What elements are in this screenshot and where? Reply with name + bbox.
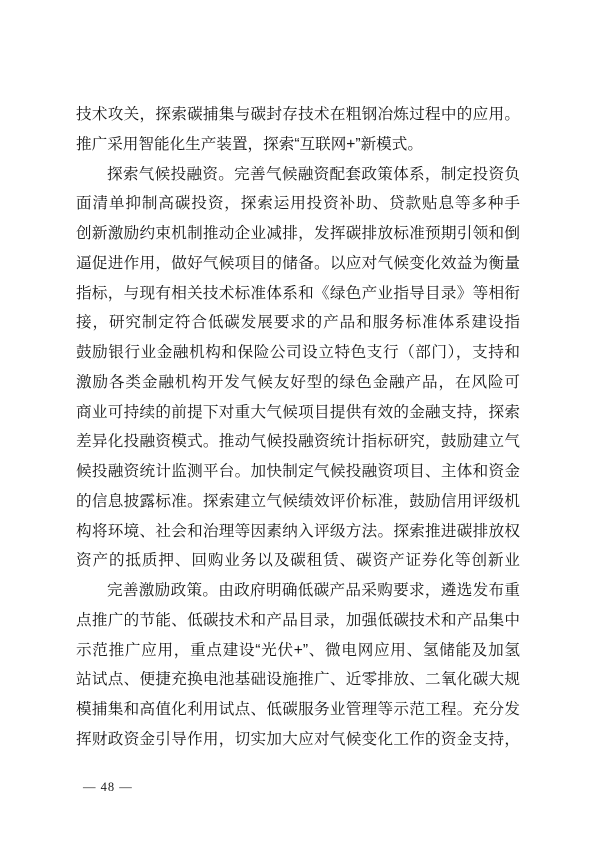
text-line: 的信息披露标准。探索建立气候绩效评价标准，鼓励信用评级机 — [76, 487, 520, 517]
text-line: 构将环境、社会和治理等因素纳入评级方法。探索推进碳排放权 — [76, 517, 520, 547]
text-line: 商业可持续的前提下对重大气候项目提供有效的金融支持，探索 — [76, 398, 520, 428]
text-line: 创新激励约束机制推动企业减排，发挥碳排放标准预期引领和倒 — [76, 219, 520, 249]
text-line: 资产的抵质押、回购业务以及碳租赁、碳资产证券化等创新业务。 — [76, 546, 520, 576]
text-line: 点推广的节能、低碳技术和产品目录，加强低碳技术和产品集中 — [76, 606, 520, 636]
text-line: 鼓励银行业金融机构和保险公司设立特色支行（部门），支持和 — [76, 338, 520, 368]
page-number: — 48 — — [83, 779, 133, 795]
document-page: 技术攻关，探索碳捕集与碳封存技术在粗钢冶炼过程中的应用。推广采用智能化生产装置，… — [0, 0, 600, 848]
text-line: 指标，与现有相关技术标准体系和《绿色产业指导目录》等相衔 — [76, 279, 520, 309]
text-line: 面清单抑制高碳投资，探索运用投资补助、贷款贴息等多种手段， — [76, 189, 520, 219]
text-line: 技术攻关，探索碳捕集与碳封存技术在粗钢冶炼过程中的应用。 — [76, 100, 520, 130]
text-line: 逼促进作用，做好气候项目的储备。以应对气候变化效益为衡量 — [76, 249, 520, 279]
text-line: 示范推广应用，重点建设“光伏+”、微电网应用、氢储能及加氢 — [76, 636, 520, 666]
text-line: 差异化投融资模式。推动气候投融资统计指标研究，鼓励建立气 — [76, 427, 520, 457]
text-line: 激励各类金融机构开发气候友好型的绿色金融产品，在风险可控、 — [76, 368, 520, 398]
text-block: 技术攻关，探索碳捕集与碳封存技术在粗钢冶炼过程中的应用。推广采用智能化生产装置，… — [76, 100, 520, 755]
text-line: 接，研究制定符合低碳发展要求的产品和服务标准体系建设指南。 — [76, 308, 520, 338]
text-line: 挥财政资金引导作用，切实加大应对气候变化工作的资金支持， — [76, 725, 520, 755]
text-line: 探索气候投融资。完善气候融资配套政策体系，制定投资负 — [76, 160, 520, 190]
text-line: 站试点、便捷充换电池基础设施推广、近零排放、二氧化碳大规 — [76, 665, 520, 695]
text-line: 完善激励政策。由政府明确低碳产品采购要求，遴选发布重 — [76, 576, 520, 606]
text-line: 候投融资统计监测平台。加快制定气候投融资项目、主体和资金 — [76, 457, 520, 487]
text-line: 推广采用智能化生产装置，探索“互联网+”新模式。 — [76, 130, 520, 160]
text-line: 模捕集和高值化利用试点、低碳服务业管理等示范工程。充分发 — [76, 695, 520, 725]
